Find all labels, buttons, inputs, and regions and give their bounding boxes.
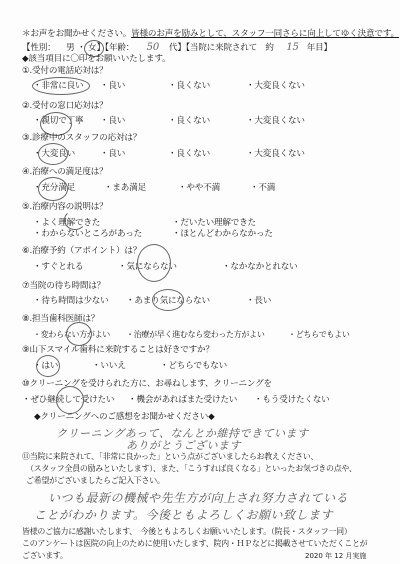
q3-option-3[interactable]: 良くない: [168, 149, 210, 160]
option-label: どちらでもない: [160, 361, 227, 371]
cleaning-feedback-prompt: ◆クリーニングへのご感想をお聞かせください◆: [34, 412, 215, 423]
q9-option-1[interactable]: はい: [33, 361, 58, 372]
question-1-label: ①.受付の電話応対は？: [22, 66, 108, 77]
option-label: 良くない: [168, 81, 210, 91]
option-label: 気にならない: [118, 262, 177, 272]
option-label: 良い: [100, 81, 125, 91]
q9-option-3[interactable]: どちらでもない: [160, 361, 227, 372]
q8-option-1[interactable]: 変わらない方がよい: [33, 330, 110, 340]
question-5-label: ⑤.治療内容の説明は？: [22, 202, 108, 213]
question-11-line-2: （スタッフ全員の励みといたします）、また、「こうすれば良くなる」といったお気づき…: [26, 464, 357, 474]
q2-option-3[interactable]: 良くない: [168, 116, 210, 127]
option-label: なかなかとれない: [222, 262, 298, 272]
question-3-label: ③.診療中のスタッフの応対は？: [22, 133, 141, 144]
question-7-label: ⑦当院の待ち時間は？: [22, 281, 105, 292]
option-label: あまり気にならない: [126, 296, 210, 306]
survey-date: 2020 年 12 月実施: [305, 552, 366, 561]
q9-option-2[interactable]: いいえ: [92, 361, 126, 372]
q10-option-3[interactable]: もう受けたくない: [254, 395, 330, 406]
gender-female-option[interactable]: 女: [88, 43, 96, 53]
option-label: 待ち時間は少ない: [33, 296, 109, 306]
option-label: 変わらない方がよい: [33, 330, 110, 339]
gender-separator: ・: [77, 43, 85, 53]
option-label: わからないところがあった: [33, 229, 142, 239]
question-4-label: ④.治療への満足度は？: [22, 167, 108, 178]
option-label: すぐとれる: [33, 262, 83, 272]
q8-option-2[interactable]: 治療が早く進むなら変わった方がよい: [126, 330, 265, 340]
option-label: 充分満足: [33, 183, 75, 193]
cleaning-feedback-answer-line-2[interactable]: ありがとうございます: [126, 437, 241, 453]
footer-line-1: 皆様のご協力に感謝いたします、 今後ともよろしくお願いいたします。（院長・スタッ…: [22, 527, 352, 537]
q6-option-1[interactable]: すぐとれる: [33, 262, 83, 273]
question-8-label: ⑧.担当歯科医師は？: [22, 314, 99, 325]
q2-option-2[interactable]: 良い: [100, 116, 125, 127]
footer-line-2: このアンケートは医院の向上のために使用いたします、院内・ＨＰなどに掲載させていた…: [22, 539, 367, 549]
q10-option-2[interactable]: 機会があればまた受けたい: [128, 395, 237, 406]
option-label: いいえ: [92, 361, 126, 371]
question-11-line-3: ご希望がございましたらご記入下さい。: [26, 476, 165, 486]
age-label: 【年齢：: [105, 43, 134, 53]
instruction: ◆該当項目に〇印をお願いいたします。: [22, 54, 170, 65]
option-label: 良い: [100, 116, 125, 126]
option-label: 親切で丁寧: [33, 116, 83, 126]
q5-option-4[interactable]: ほとんどわからなかった: [172, 229, 273, 240]
q11-answer-line-1[interactable]: いつも最新の機械や先生方が向上され努力されている: [48, 489, 348, 506]
option-label: 大変良い: [33, 149, 75, 159]
q5-option-3[interactable]: わからないところがあった: [33, 229, 142, 240]
option-label: 不満: [250, 183, 275, 193]
q7-option-3[interactable]: 長い: [246, 296, 271, 307]
option-label: ぜひ継続して受けたい: [22, 395, 114, 405]
q10-option-1[interactable]: ぜひ継続して受けたい: [22, 395, 114, 406]
option-label: 非常に良い: [33, 81, 83, 91]
intro-text: ＊お声をお聞かせください。: [22, 29, 131, 39]
respondent-info: 【性別： 男 ・ 女】【年齢： 50代】【当院に来院されて 約 15年目】: [22, 42, 332, 54]
q2-option-1[interactable]: 親切で丁寧: [33, 116, 83, 127]
visits-unit: 年目】: [307, 43, 332, 53]
question-11-line-1: ⑪当院に来院されて、「非常に良かった」という点がございましたらお教えください、: [22, 452, 318, 462]
age-unit: 代】: [169, 43, 186, 53]
q8-option-3[interactable]: どちらでもよい: [288, 330, 350, 340]
age-value[interactable]: 50: [147, 42, 159, 53]
option-label: 良くない: [168, 116, 210, 126]
option-label: 機会があればまた受けたい: [128, 395, 237, 405]
q6-option-3[interactable]: なかなかとれない: [222, 262, 298, 273]
option-label: はい: [33, 361, 58, 371]
q7-option-1[interactable]: 待ち時間は少ない: [33, 296, 109, 307]
option-label: よく理解できた: [33, 218, 100, 228]
option-label: 治療が早く進むなら変わった方がよい: [126, 330, 265, 339]
q2-option-4[interactable]: 大変良くない: [246, 116, 305, 127]
q4-option-2[interactable]: まあ満足: [104, 183, 146, 194]
footer-line-3: ございます。: [22, 551, 68, 561]
intro-line: ＊お声をお聞かせください。皆様のお声を励みとして、スタッフ一同さらに向上してゆく…: [22, 29, 399, 40]
q3-option-4[interactable]: 大変良くない: [246, 149, 305, 160]
option-label: 大変良くない: [246, 149, 305, 159]
visits-label: 【当院に来院されて 約: [186, 43, 274, 53]
intro-underlined-text: 皆様のお声を励みとして、スタッフ一同さらに向上してゆく決意です。: [131, 29, 399, 39]
option-label: 大変良くない: [246, 81, 305, 91]
gender-female-label: 女: [88, 43, 96, 53]
q3-option-1[interactable]: 大変良い: [33, 149, 75, 160]
q4-option-1[interactable]: 充分満足: [33, 183, 75, 194]
question-10-label: ⑩クリーニングを受けられた方に、お尋ねします、クリーニングを: [22, 379, 272, 390]
question-9-label: ⑨山下スマイル歯科に来院することは好きですか？: [22, 345, 214, 356]
gender-male-option[interactable]: 男: [66, 43, 74, 53]
option-label: だいたい理解できた: [172, 218, 256, 228]
q11-answer-line-2[interactable]: ことがわかります。今後ともよろしくお願い致します: [34, 506, 333, 523]
gender-label: 【性別：: [22, 43, 56, 53]
option-label: まあ満足: [104, 183, 146, 193]
q4-option-4[interactable]: 不満: [250, 183, 275, 194]
q1-option-1[interactable]: 非常に良い: [33, 81, 83, 92]
q5-option-2[interactable]: だいたい理解できた: [172, 218, 256, 229]
option-label: 良い: [100, 149, 125, 159]
option-label: やや不満: [178, 183, 220, 193]
option-label: どちらでもよい: [288, 330, 350, 339]
gender-close: 】: [96, 43, 104, 53]
q1-option-2[interactable]: 良い: [100, 81, 125, 92]
q7-option-2[interactable]: あまり気にならない: [126, 296, 210, 307]
option-label: 大変良くない: [246, 116, 305, 126]
q3-option-2[interactable]: 良い: [100, 149, 125, 160]
q6-option-2[interactable]: 気にならない: [118, 262, 177, 273]
q5-option-1[interactable]: よく理解できた: [33, 218, 100, 229]
q4-option-3[interactable]: やや不満: [178, 183, 220, 194]
survey-form: ＊お声をお聞かせください。皆様のお声を励みとして、スタッフ一同さらに向上してゆく…: [0, 0, 400, 564]
option-label: ほとんどわからなかった: [172, 229, 273, 239]
q1-option-4[interactable]: 大変良くない: [246, 81, 305, 92]
question-2-label: ②.受付の窓口応対は？: [22, 101, 108, 112]
q1-option-3[interactable]: 良くない: [168, 81, 210, 92]
option-label: もう受けたくない: [254, 395, 330, 405]
question-6-label: ⑥.治療予約（アポイント）は？: [22, 246, 141, 257]
option-label: 長い: [246, 296, 271, 306]
visits-value[interactable]: 15: [286, 42, 298, 53]
option-label: 良くない: [168, 149, 210, 159]
